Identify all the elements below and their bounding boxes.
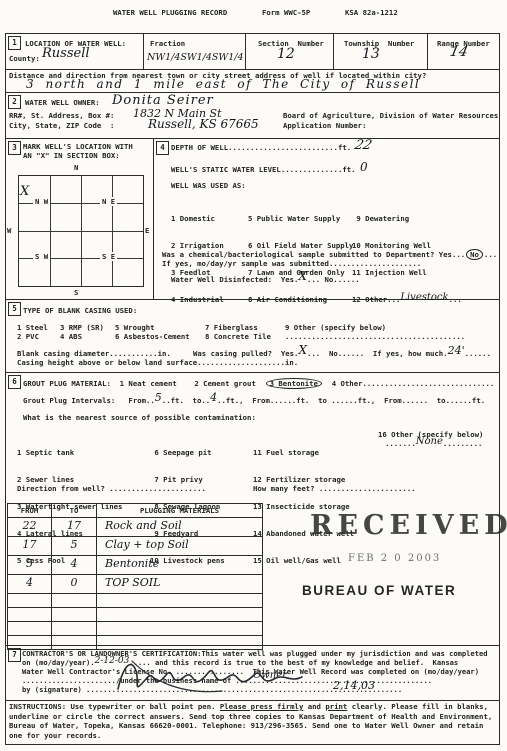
from-cell-handwritten: 4 (8, 575, 52, 593)
contamination-item: 6 Seepage pit (150, 448, 225, 457)
table-empty-row (8, 636, 262, 649)
interval-from-value-handwritten: 5 (155, 395, 162, 401)
address-label: RR#, St. Address, Box #: (9, 111, 114, 120)
other-use-label: 12 Other... (352, 295, 400, 304)
range-number-value-handwritten: 14 (448, 44, 469, 60)
casing-item: 6 Asbestos-Cement (115, 332, 190, 341)
table-row: 4 0 TOP SOIL (8, 575, 262, 594)
table-empty-row (8, 594, 262, 608)
grout-intervals-mid: ..ft. to.. (162, 396, 210, 405)
received-stamp: RECEIVED (310, 510, 507, 541)
use-item: 8 Air Conditioning (248, 295, 353, 304)
grout-material-label: GROUT PLUG MATERIAL: 1 Neat cement 2 Cem… (23, 379, 265, 388)
section1-number: 1 (8, 36, 21, 50)
table-empty-row (8, 622, 262, 636)
empty-cell (8, 594, 52, 607)
table-row: 17 5 Clay + top Soil (8, 537, 262, 556)
record-completed-date-handwritten: 2,14,03 (333, 679, 375, 692)
rule-sec1-col3 (333, 33, 334, 69)
signature-scrawl (112, 655, 307, 697)
from-cell-handwritten: 22 (8, 518, 52, 536)
contamination-item: 15 Oil well/Gas well (253, 556, 354, 565)
material-cell-handwritten: Rock and Soil (97, 518, 262, 536)
section5-number: 5 (8, 302, 21, 316)
empty-cell (52, 594, 97, 607)
plugging-materials-table: FROM TO PLUGGING MATERIALS 22 17 Rock an… (7, 503, 263, 650)
casing-item: 4 ABS (60, 332, 82, 341)
grout-intervals-line: Grout Plug Intervals: From..5..ft. to..4… (23, 396, 485, 405)
direction-from-well-label: Direction from well? ...................… (17, 484, 206, 493)
casing-item: 1 Steel (17, 323, 48, 332)
casing-item: 3 RMP (SR) (60, 323, 104, 332)
bureau-of-water-stamp: BUREAU OF WATER (302, 583, 456, 598)
section-grid-box (18, 175, 144, 287)
other-use-value-handwritten: Livestock (400, 295, 448, 301)
to-cell-handwritten: 17 (52, 518, 97, 536)
casing-other-dots: ........................................… (285, 332, 465, 341)
static-level-value-handwritten: 0 (360, 160, 368, 174)
rule-sec3-top (5, 138, 499, 139)
compass-southeast-label: S E (100, 252, 117, 261)
township-number-value-handwritten: 13 (362, 46, 380, 62)
grid-vline-2 (81, 176, 82, 286)
city-state-zip-value-handwritten: Russell, KS 67665 (148, 117, 259, 131)
depth-of-well-label: DEPTH OF WELL.........................ft… (171, 143, 351, 152)
to-header: TO (52, 504, 97, 517)
contamination-other-line: .......None......... (385, 439, 482, 448)
contamination-item: 7 Pit privy (150, 475, 225, 484)
disinfected-line: Water Well Disinfected: Yes.X... No.....… (171, 275, 360, 284)
to-cell-handwritten: 4 (52, 556, 97, 574)
section7-number: 7 (8, 648, 21, 662)
material-cell-handwritten: Clay + top Soil (97, 537, 262, 555)
section3-number: 3 (8, 141, 21, 155)
owner-label: WATER WELL OWNER: (25, 98, 100, 107)
application-number-label: Application Number: (283, 121, 366, 130)
disinfected-label: Water Well Disinfected: Yes. (171, 275, 298, 284)
contamination-label: What is the nearest source of possible c… (23, 413, 256, 422)
instructions-underlined-press-firmly: Please press firmly (220, 702, 303, 711)
grid-vline-1 (50, 176, 51, 286)
well-location-x-mark-handwritten: X (20, 184, 29, 199)
casing-diameter-label: Blank casing diameter...........in. (17, 349, 171, 358)
use-item: 5 Public Water Supply (248, 214, 353, 223)
casing-pulled-label: Was casing pulled? Yes. (193, 349, 298, 358)
contamination-item: 2 Sewer lines (17, 475, 122, 484)
interval-to-value-handwritten: 4 (210, 395, 217, 401)
empty-cell (97, 608, 262, 621)
board-of-agriculture-label: Board of Agriculture, Division of Water … (283, 111, 498, 120)
section-number-value-handwritten: 12 (277, 46, 295, 62)
empty-cell (8, 622, 52, 635)
form-title: WATER WELL PLUGGING RECORD (113, 8, 227, 17)
casing-item: 2 PVC (17, 332, 39, 341)
empty-cell (97, 622, 262, 635)
disinfected-no-dots: ... No...... (307, 275, 360, 284)
to-cell-handwritten: 0 (52, 575, 97, 593)
county-label: County: (9, 54, 40, 63)
from-cell-handwritten: 17 (8, 537, 52, 555)
received-stamp-date: FEB 2 0 2003 (348, 553, 441, 564)
casing-pulled-line: Was casing pulled? Yes.X... No...... If … (193, 349, 491, 358)
scanned-form-page: WATER WELL PLUGGING RECORD Form WWC-5P K… (0, 0, 507, 751)
table-header-row: FROM TO PLUGGING MATERIALS (8, 504, 262, 518)
owner-value-handwritten: Donita Seirer (112, 93, 214, 108)
casing-item: 7 Fiberglass (205, 323, 258, 332)
fraction-value-handwritten: NW1/4SW1/4SW1/4 (147, 52, 244, 63)
how-many-feet-label: How many feet? ...................... (253, 484, 416, 493)
rule-instructions-top (5, 700, 499, 701)
empty-cell (97, 594, 262, 607)
casing-pulled-x-handwritten: X (298, 347, 307, 353)
county-value-handwritten: Russell (42, 46, 90, 61)
sample-question-trailing-dots: ... (484, 250, 497, 259)
casing-pulled-amount-handwritten: 24' (448, 348, 465, 354)
city-state-zip-label: City, State, ZIP Code : (9, 121, 114, 130)
depth-value-handwritten: 22 (353, 138, 373, 153)
well-used-as-label: WELL WAS USED AS: (171, 181, 246, 190)
use-item: 1 Domestic (171, 214, 224, 223)
casing-item: 5 Wrought (115, 323, 155, 332)
rule-sec3-sec4-divider (153, 138, 154, 299)
section3-title-line1: MARK WELL'S LOCATION WITH (23, 142, 133, 151)
casing-item: 9 Other (specify below) (285, 323, 386, 332)
instructions-block: INSTRUCTIONS: Use typewriter or ball poi… (9, 702, 499, 740)
form-number: Form WWC-5P (262, 8, 310, 17)
static-water-level-label: WELL'S STATIC WATER LEVEL..............f… (171, 165, 356, 174)
compass-north-label: N (74, 163, 78, 172)
compass-south-label: S (74, 288, 78, 297)
fraction-label: Fraction (150, 39, 185, 48)
grout-material-line: GROUT PLUG MATERIAL: 1 Neat cement 2 Cem… (23, 378, 494, 389)
contamination-item: 12 Fertilizer storage (253, 475, 354, 484)
casing-pulled-mid-text: ... No...... If yes, how much. (307, 349, 448, 358)
compass-west-label: W (7, 226, 11, 235)
grout-bentonite-circled: 3 Bentonite (266, 378, 322, 389)
rule-sec1-values (5, 69, 499, 70)
rule-sec2-top (5, 92, 499, 93)
sample-no-circled: No (466, 249, 483, 260)
table-row: 22 17 Rock and Soil (8, 518, 262, 537)
grout-material-other: 4 Other.............................. (323, 379, 494, 388)
contamination-other-dots-post: ......... (443, 439, 483, 448)
section6-number: 6 (8, 375, 21, 389)
instructions-pre: INSTRUCTIONS: Use typewriter or ball poi… (9, 702, 220, 711)
material-cell-handwritten: TOP SOIL (97, 575, 262, 593)
use-item: 9 Dewatering (352, 214, 462, 223)
grout-intervals-rest: ..ft., From......ft. to ......ft., From.… (217, 396, 485, 405)
from-cell-handwritten: 5 (8, 556, 52, 574)
instructions-underlined-print: print (325, 702, 347, 711)
sample-question-text: Was a chemical/bacteriological sample su… (162, 250, 465, 259)
section2-number: 2 (8, 95, 21, 109)
rule-sec1-col1 (143, 33, 144, 69)
contamination-other-dots-pre: ....... (385, 439, 416, 448)
casing-item: 8 Concrete Tile (205, 332, 271, 341)
use-item-other: 12 Other...Livestock... (352, 295, 462, 304)
rule-sec1-col2 (245, 33, 246, 69)
casing-pulled-trailing-dots: ...... (465, 349, 491, 358)
empty-cell (52, 608, 97, 621)
empty-cell (8, 608, 52, 621)
use-item: 11 Injection Well (352, 268, 462, 277)
certification-date-label: on (mo/day/year). (22, 658, 95, 667)
section4-number: 4 (156, 141, 169, 155)
materials-header: PLUGGING MATERIALS (97, 504, 262, 517)
casing-height-label: Casing height above or below land surfac… (17, 358, 298, 367)
instructions-mid: and (303, 702, 325, 711)
to-cell-handwritten: 5 (52, 537, 97, 555)
compass-northwest-label: N W (33, 197, 50, 206)
empty-cell (52, 622, 97, 635)
from-header: FROM (8, 504, 52, 517)
empty-cell (52, 636, 97, 649)
material-cell-handwritten: Bentonite (97, 556, 262, 574)
empty-cell (97, 636, 262, 649)
contamination-other-value-handwritten: None (416, 439, 443, 445)
distance-value-handwritten: 3 north and 1 mile east of The City of R… (26, 77, 420, 91)
grid-vline-3 (112, 176, 113, 286)
rule-sec6-top (5, 372, 499, 373)
form-statute: KSA 82a-1212 (345, 8, 398, 17)
section5-title: TYPE OF BLANK CASING USED: (23, 306, 137, 315)
section3-title-line2: AN "X" IN SECTION BOX: (23, 151, 120, 160)
contamination-item: 11 Fuel storage (253, 448, 354, 457)
compass-northeast-label: N E (100, 197, 117, 206)
use-item: 4 Industrial (171, 295, 224, 304)
table-empty-row (8, 608, 262, 622)
table-row: 5 4 Bentonite (8, 556, 262, 575)
compass-southwest-label: S W (33, 252, 50, 261)
contamination-item: 1 Septic tank (17, 448, 122, 457)
disinfected-yes-x-handwritten: X (298, 273, 307, 279)
other-use-trailing-dots: ... (449, 295, 462, 304)
sample-date-line: If yes, mo/day/yr sample was submitted..… (162, 259, 421, 268)
contamination-col3: 11 Fuel storage 12 Fertilizer storage 13… (253, 430, 354, 583)
compass-east-label: E (145, 226, 149, 235)
grout-intervals-label: Grout Plug Intervals: From.. (23, 396, 155, 405)
rule-sec1-col4 (427, 33, 428, 69)
